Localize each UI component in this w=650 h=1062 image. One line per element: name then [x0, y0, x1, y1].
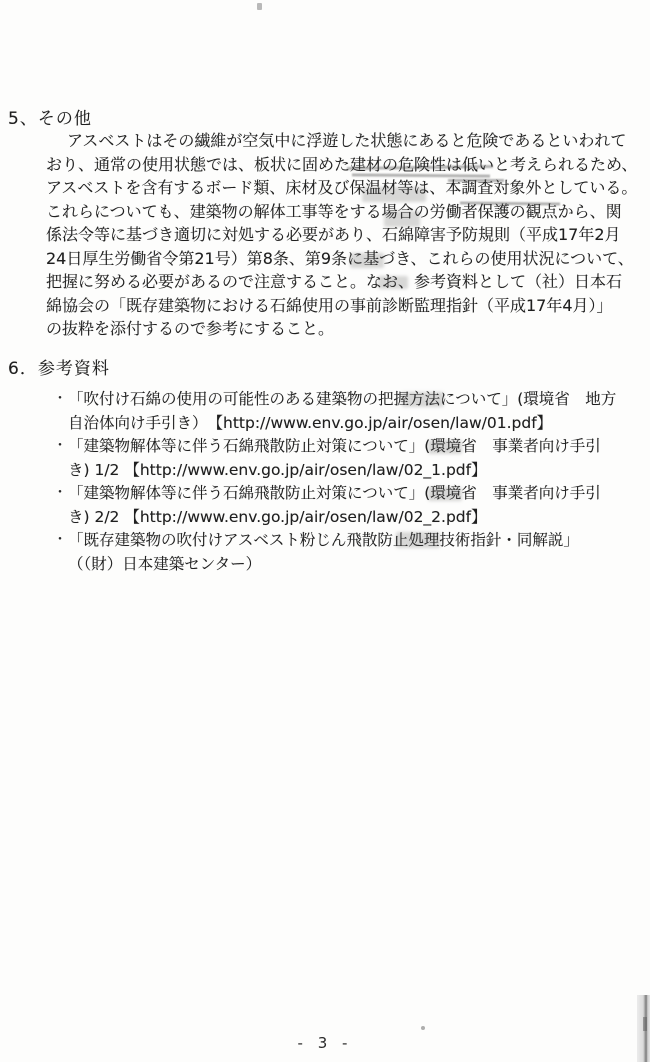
page-number: - 3 - — [0, 1034, 650, 1052]
reference-item: ・ 「建築物解体等に伴う石綿飛散防止対策について」(環境省 事業者向け手引 き)… — [68, 482, 646, 529]
paragraph-line: 係法令等に基づき適切に対処する必要があり、石綿障害予防規則（平成17年2月 — [46, 223, 646, 247]
section-6-heading: 6．参考資料 — [8, 358, 110, 380]
reference-line: 「建築物解体等に伴う石綿飛散防止対策について」(環境省 事業者向け手引 — [68, 482, 646, 506]
paragraph-line: おり、通常の使用状態では、板状に固めた建材の危険性は低いと考えられるため、 — [46, 153, 646, 177]
reference-line: き) 1/2 【http://www.env.go.jp/air/osen/la… — [68, 459, 646, 483]
reference-line: （（財）日本建築センター） — [68, 553, 646, 577]
reference-item: ・ 「吹付け石綿の使用の可能性のある建築物の把握方法について」(環境省 地方 自… — [68, 388, 646, 435]
scan-speck-icon — [257, 3, 262, 10]
paragraph-line: の抜粋を添付するので参考にすること。 — [46, 317, 646, 341]
reference-line: 「吹付け石綿の使用の可能性のある建築物の把握方法について」(環境省 地方 — [68, 388, 646, 412]
reference-line: き) 2/2 【http://www.env.go.jp/air/osen/la… — [68, 506, 646, 530]
paragraph-line: アスベストを含有するボード類、床材及び保温材等は、本調査対象外としている。 — [46, 176, 646, 200]
paragraph-line: 把握に努める必要があるので注意すること。なお、参考資料として（社）日本石 — [46, 270, 646, 294]
paragraph-line: 綿協会の「既存建築物における石綿使用の事前診断監理指針（平成17年4月）」 — [46, 294, 646, 318]
bullet-icon: ・ — [53, 482, 67, 506]
reference-list: ・ 「吹付け石綿の使用の可能性のある建築物の把握方法について」(環境省 地方 自… — [68, 388, 646, 576]
bullet-icon: ・ — [53, 529, 67, 553]
bullet-icon: ・ — [53, 388, 67, 412]
scan-speck-icon — [421, 1026, 425, 1030]
section-5-paragraph: アスベストはその繊維が空気中に浮遊した状態にあると危険であるといわれて おり、通… — [46, 129, 646, 341]
document-page: 5、その他 アスベストはその繊維が空気中に浮遊した状態にあると危険であるといわれ… — [0, 0, 650, 1062]
reference-item: ・ 「既存建築物の吹付けアスベスト粉じん飛散防止処理技術指針・同解説」 （（財）… — [68, 529, 646, 576]
paragraph-line: アスベストはその繊維が空気中に浮遊した状態にあると危険であるといわれて — [46, 129, 646, 153]
bullet-icon: ・ — [53, 435, 67, 459]
reference-line: 「既存建築物の吹付けアスベスト粉じん飛散防止処理技術指針・同解説」 — [68, 529, 646, 553]
section-5-heading: 5、その他 — [8, 108, 92, 130]
reference-line: 自治体向け手引き） 【http://www.env.go.jp/air/osen… — [68, 412, 646, 436]
reference-item: ・ 「建築物解体等に伴う石綿飛散防止対策について」(環境省 事業者向け手引 き)… — [68, 435, 646, 482]
paragraph-line: これらについても、建築物の解体工事等をする場合の労働者保護の観点から、関 — [46, 200, 646, 224]
reference-line: 「建築物解体等に伴う石綿飛散防止対策について」(環境省 事業者向け手引 — [68, 435, 646, 459]
paragraph-line: 24日厚生労働省令第21号）第8条、第9条に基づき、これらの使用状況について、 — [46, 247, 646, 271]
